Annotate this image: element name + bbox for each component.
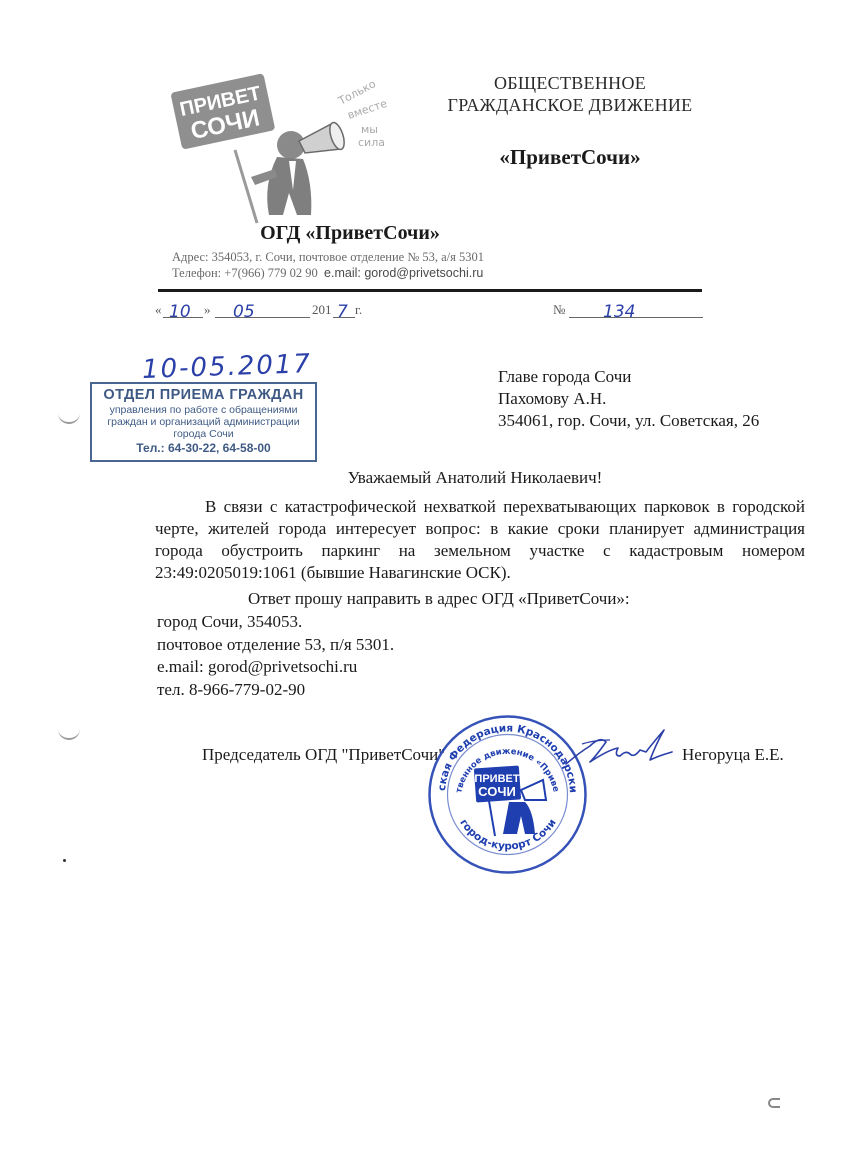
recipient-address: 354061, гор. Сочи, ул. Советская, 26 xyxy=(498,410,759,432)
number-underline xyxy=(569,317,703,318)
scan-mark xyxy=(768,1098,780,1108)
punch-hole-mark xyxy=(58,412,80,424)
letterhead-address: Адрес: 354053, г. Сочи, почтовое отделен… xyxy=(172,250,484,265)
letterhead-divider xyxy=(158,289,702,292)
date-month: 05 xyxy=(233,302,255,322)
reply-address-phone: тел. 8-966-779-02-90 xyxy=(157,679,394,702)
recipient-name: Пахомову А.Н. xyxy=(498,388,759,410)
stamp-title: ОТДЕЛ ПРИЕМА ГРАЖДАН xyxy=(92,387,315,404)
letterhead-email: e.mail: gorod@privetsochi.ru xyxy=(324,266,483,280)
organization-logo: ПРИВЕТ СОЧИ Только вместе мы сила xyxy=(165,65,405,235)
recipient-block: Главе города Сочи Пахомову А.Н. 354061, … xyxy=(498,366,759,432)
date-year-prefix: 201 xyxy=(312,302,332,318)
reply-request: Ответ прошу направить в адрес ОГД «Приве… xyxy=(248,589,630,609)
organization-name: «ПриветСочи» xyxy=(420,145,720,170)
reply-address-city: город Сочи, 354053. xyxy=(157,611,394,634)
org-type-line2: ГРАЖДАНСКОЕ ДВИЖЕНИЕ xyxy=(420,94,720,116)
month-underline xyxy=(215,317,310,318)
svg-text:сила: сила xyxy=(358,136,385,149)
org-type-line1: ОБЩЕСТВЕННОЕ xyxy=(420,72,720,94)
date-close-quote: » xyxy=(204,302,211,318)
recipient-title: Главе города Сочи xyxy=(498,366,759,388)
outgoing-number: 134 xyxy=(603,302,635,322)
salutation: Уважаемый Анатолий Николаевич! xyxy=(130,468,820,488)
handwritten-signature xyxy=(560,722,680,772)
date-day: 10 xyxy=(169,302,191,322)
date-open-quote: « xyxy=(155,302,162,318)
date-year-unit: г. xyxy=(355,302,362,318)
date-year-suffix: 7 xyxy=(337,302,348,322)
signatory-position: Председатель ОГД "ПриветСочи" xyxy=(202,745,445,765)
svg-text:мы: мы xyxy=(361,123,378,136)
letterhead-contacts: Телефон: +7(966) 779 02 90 e.mail: gorod… xyxy=(172,266,483,281)
number-label: № xyxy=(553,302,565,318)
signature-scribble-icon xyxy=(560,722,680,772)
privet-sochi-logo-icon: ПРИВЕТ СОЧИ Только вместе мы сила xyxy=(165,65,405,235)
reply-address-block: город Сочи, 354053. почтовое отделение 5… xyxy=(157,611,394,701)
scan-speck xyxy=(63,859,66,862)
organization-type: ОБЩЕСТВЕННОЕ ГРАЖДАНСКОЕ ДВИЖЕНИЕ xyxy=(420,72,720,116)
signatory-name: Негоруца Е.Е. xyxy=(682,745,784,765)
reply-address-email: e.mail: gorod@privetsochi.ru xyxy=(157,656,394,679)
handwritten-incoming-date: 10-05.2017 xyxy=(142,349,313,385)
reception-office-stamp: ОТДЕЛ ПРИЕМА ГРАЖДАН управления по работ… xyxy=(90,382,317,462)
stamp-line: граждан и организаций администрации xyxy=(92,416,315,428)
stamp-line: управления по работе с обращениями xyxy=(92,404,315,416)
reply-address-post: почтовое отделение 53, п/я 5301. xyxy=(157,634,394,657)
svg-text:СОЧИ: СОЧИ xyxy=(478,784,516,799)
letterhead-phone: Телефон: +7(966) 779 02 90 xyxy=(172,266,318,280)
stamp-phone: Тел.: 64-30-22, 64-58-00 xyxy=(92,441,315,456)
outgoing-date-number-row: « 10 » 05 201 7 г. № 134 xyxy=(155,298,705,322)
letter-body-paragraph: В связи с катастрофической нехваткой пер… xyxy=(155,496,805,584)
letterhead-title: ОГД «ПриветСочи» xyxy=(160,222,540,245)
punch-hole-mark xyxy=(58,728,80,740)
stamp-line: города Сочи xyxy=(92,428,315,440)
